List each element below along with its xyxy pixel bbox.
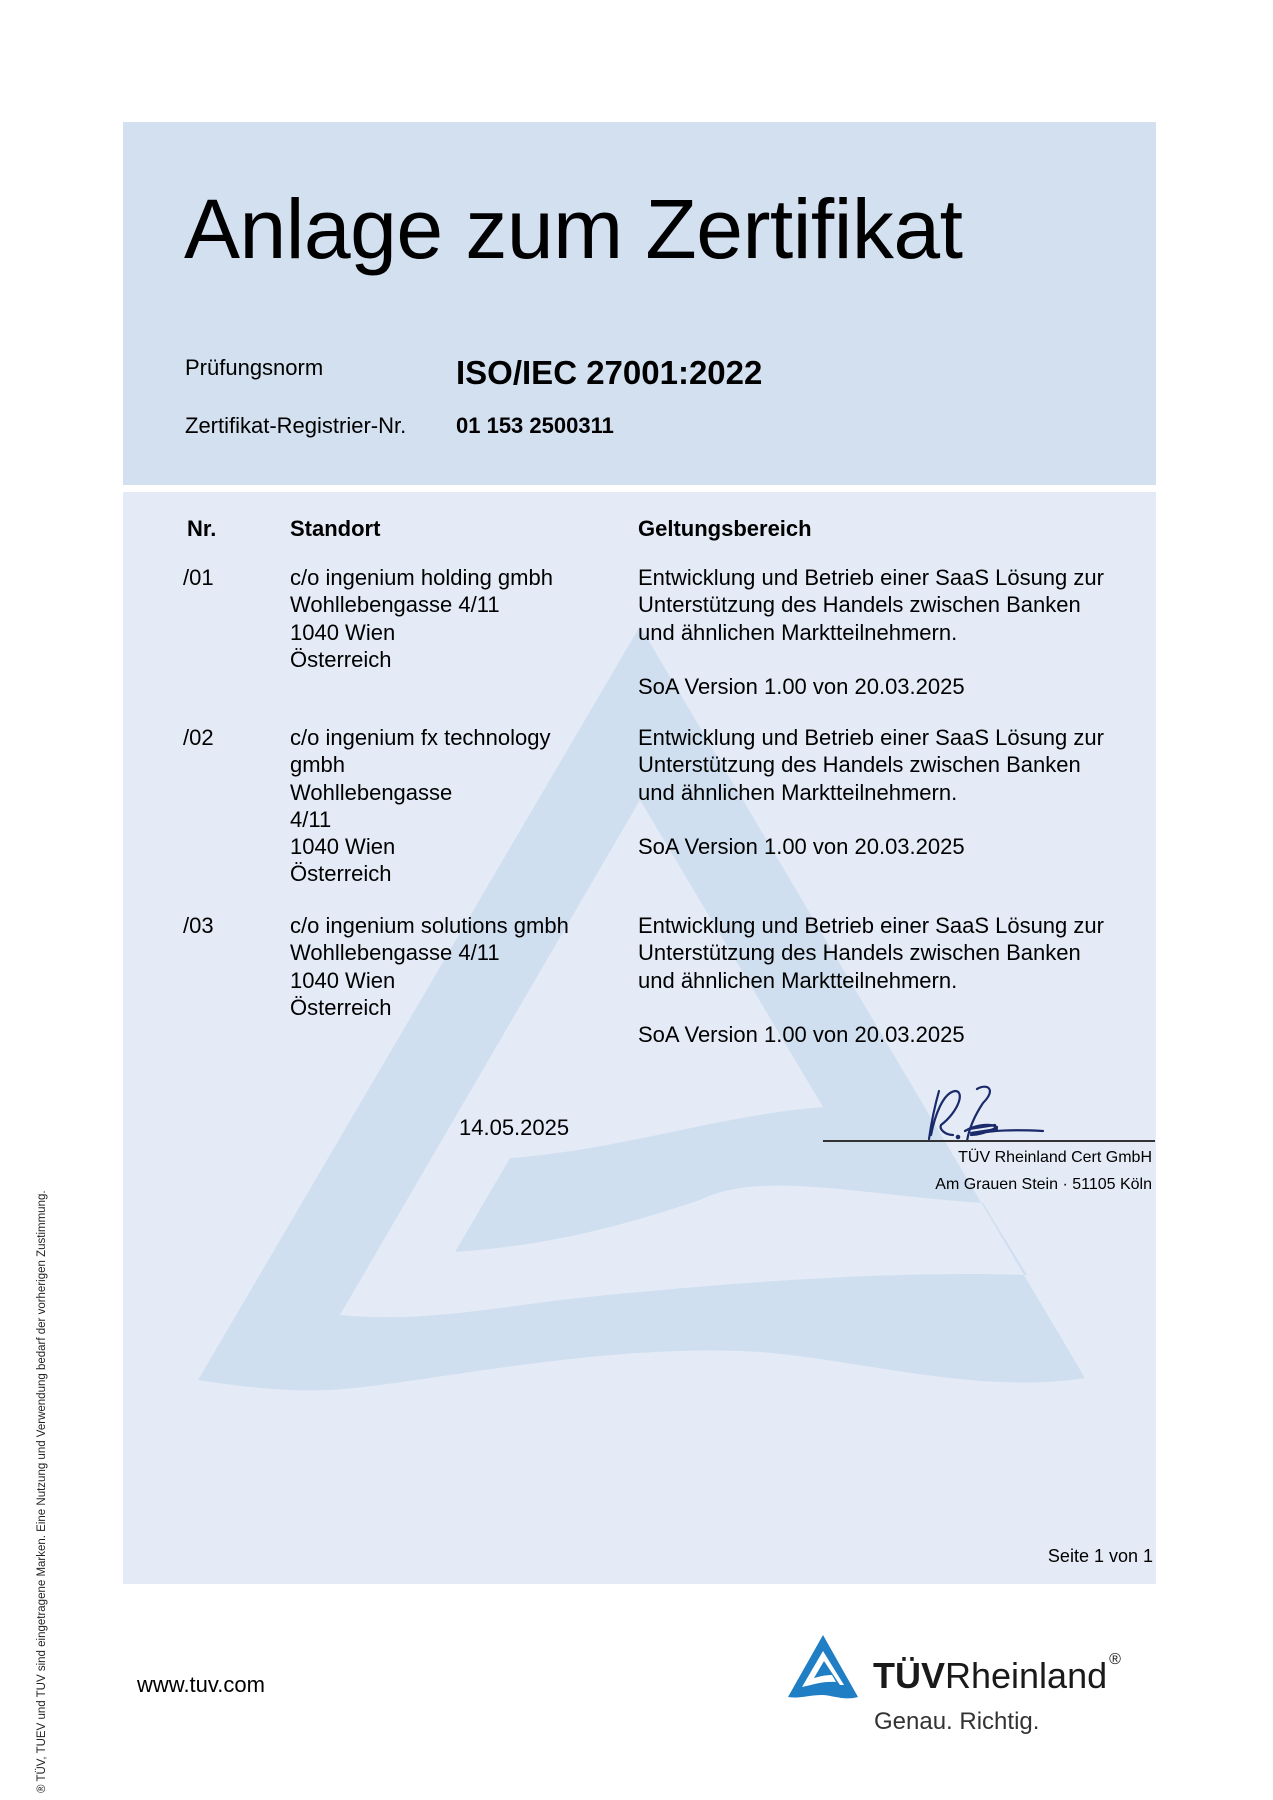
row-soa: SoA Version 1.00 von 20.03.2025 [638,1021,965,1048]
website-link[interactable]: www.tuv.com [137,1672,265,1698]
row-soa: SoA Version 1.00 von 20.03.2025 [638,673,965,700]
standard-label: Prüfungsnorm [185,355,323,381]
column-header-nr: Nr. [187,516,216,542]
issuer-name: TÜV Rheinland Cert GmbH [958,1149,1152,1167]
row-soa: SoA Version 1.00 von 20.03.2025 [638,833,965,860]
issuer-address: Am Grauen Stein · 51105 Köln [935,1176,1152,1194]
registration-value: 01 153 2500311 [456,413,614,439]
row-nr: /01 [183,564,214,591]
page-title: Anlage zum Zertifikat [184,187,962,271]
standard-value: ISO/IEC 27001:2022 [456,354,762,392]
tuv-logo-icon [788,1635,858,1701]
column-header-scope: Geltungsbereich [638,516,812,542]
registered-mark: ® [1109,1651,1121,1668]
row-scope: Entwicklung und Betrieb einer SaaS Lösun… [638,912,1104,994]
row-scope: Entwicklung und Betrieb einer SaaS Lösun… [638,564,1104,646]
brand-slogan: Genau. Richtig. [874,1708,1039,1736]
brand-regular: Rheinland [945,1655,1107,1696]
legal-notice: ® TÜV, TUEV und TUV sind eingetragene Ma… [36,1190,48,1793]
page-number: Seite 1 von 1 [1048,1546,1153,1567]
column-header-site: Standort [290,516,380,542]
brand-bold: TÜV [873,1655,945,1696]
brand-wordmark: TÜVRheinland® [873,1655,1121,1697]
row-nr: /03 [183,912,214,939]
row-site: c/o ingenium holding gmbh Wohllebengasse… [290,564,553,673]
row-nr: /02 [183,724,214,751]
issue-date: 14.05.2025 [459,1115,569,1141]
row-site: c/o ingenium fx technology gmbh Wohllebe… [290,724,551,888]
registration-label: Zertifikat-Registrier-Nr. [185,413,406,439]
signature-line [823,1140,1155,1142]
row-scope: Entwicklung und Betrieb einer SaaS Lösun… [638,724,1104,806]
row-site: c/o ingenium solutions gmbh Wohllebengas… [290,912,569,1021]
signature-icon [925,1085,1065,1145]
